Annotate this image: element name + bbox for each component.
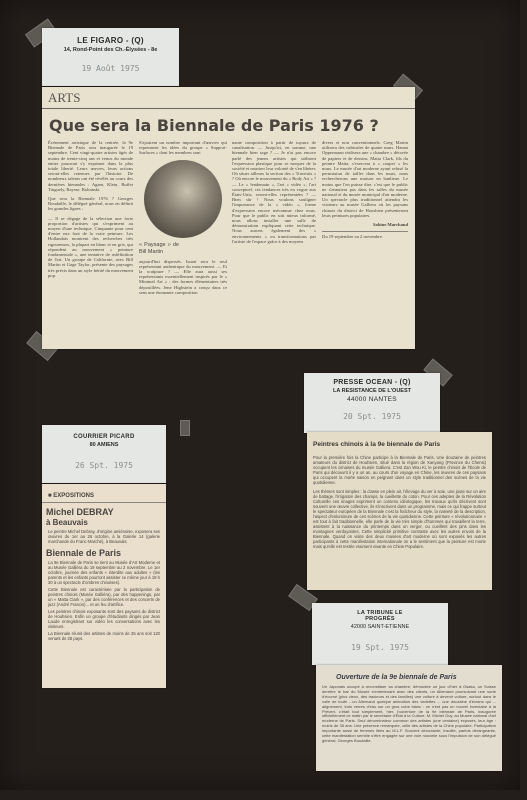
clipping-date: 19 Août 1975 <box>42 64 179 73</box>
article-paragraph: Pour la première fois la Chine participe… <box>307 452 492 485</box>
section-header: ARTS <box>42 87 415 109</box>
article-title: Que sera la Biennale de Paris 1976 ? <box>42 109 415 141</box>
newspaper-city: 42000 SAINT-ETIENNE <box>312 624 448 630</box>
newspaper-name: PRESSE OCEAN - (Q) <box>304 379 440 386</box>
author-signature: Sabine Marchand <box>322 222 408 227</box>
article-paragraph: Un Japonais occupé à reconstituer sa cha… <box>316 683 502 744</box>
tribune-article: Ouverture de la 9e biennale de Paris Un … <box>316 665 502 771</box>
figaro-source-label: LE FIGARO - (Q) 14, Rond-Point des Ch.-É… <box>42 28 179 86</box>
article-title: Peintres chinois à la 9e biennale de Par… <box>307 432 492 452</box>
headline: Michel DEBRAY <box>42 503 166 517</box>
headline: à Beauvais <box>42 517 166 527</box>
clipping-date: 19 Spt. 1975 <box>312 643 448 652</box>
article-title: Ouverture de la 9e biennale de Paris <box>316 665 502 683</box>
presse-ocean-source-label: PRESSE OCEAN - (Q) LA RESISTANCE DE L'OU… <box>304 373 440 433</box>
presse-ocean-article: Peintres chinois à la 9e biennale de Par… <box>307 432 492 590</box>
article-paragraph: Le peintre Michel Debray, d'origine amié… <box>42 527 166 544</box>
clipping-date: 20 Spt. 1975 <box>304 412 440 421</box>
article-column-2: S'ajoutent un nombre important d'œuvres … <box>139 140 227 295</box>
newspaper-name: LE FIGARO - (Q) <box>42 36 179 45</box>
newspaper-city: 44000 NANTES <box>304 396 440 403</box>
newspaper-city: 80 AMIENS <box>42 442 166 448</box>
newspaper-address: 14, Rond-Point des Ch.-Élysées - 8e <box>42 47 179 53</box>
article-paragraph: Cette Biennale est caractérisée par la p… <box>42 585 166 607</box>
photo-caption: « Paysage » de Bill Martin <box>139 242 179 256</box>
figaro-article: ARTS Que sera la Biennale de Paris 1976 … <box>42 87 415 349</box>
tape-strip <box>180 420 190 436</box>
tribune-source-label: LA TRIBUNE LE PROGRÈS 42000 SAINT-ETIENN… <box>312 603 448 665</box>
article-paragraph: Les thèmes sont simples : la classe en p… <box>307 485 492 549</box>
courrier-picard-article: ■ EXPOSITIONS Michel DEBRAY à Beauvais L… <box>42 484 166 688</box>
clipping-date: 26 Spt. 1975 <box>42 461 166 470</box>
section-header: ■ EXPOSITIONS <box>42 484 166 503</box>
article-paragraph: La Biennale réunit des artistes de moins… <box>42 629 166 641</box>
article-paragraph: La 9e Biennale de Paris se tient au Musé… <box>42 558 166 585</box>
article-column-4: divers et non conventionnels. Greg Marti… <box>322 140 408 239</box>
newspaper-name: LA TRIBUNE LE PROGRÈS <box>350 610 410 622</box>
headline: Biennale de Paris <box>42 544 166 558</box>
photo-paysage <box>144 160 222 238</box>
newspaper-subtitle: LA RESISTANCE DE L'OUEST <box>304 388 440 394</box>
article-column-1: Événement artistique de la rentrée, la 9… <box>48 140 133 278</box>
article-column-3: nante composition à partir de tuyaux de … <box>232 140 316 244</box>
newspaper-name: COURRIER PICARD <box>42 434 166 440</box>
courrier-picard-source-label: COURRIER PICARD 80 AMIENS 26 Spt. 1975 <box>42 425 166 483</box>
footnote: Du 19 septembre au 2 novembre. <box>322 231 408 239</box>
article-paragraph: Les peintres chinois exposants sont des … <box>42 607 166 629</box>
